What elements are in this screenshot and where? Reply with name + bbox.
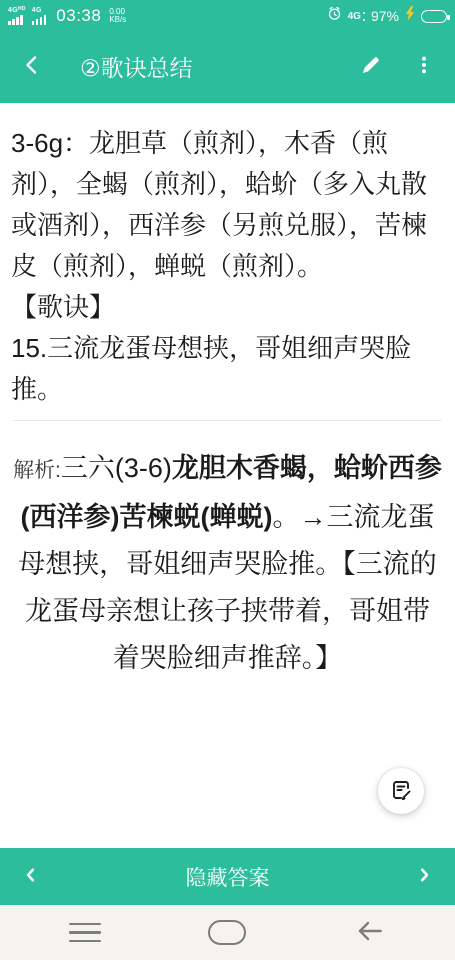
- 4g-data-icon: 4G: [348, 11, 365, 22]
- analysis-prefix: 解析:: [13, 459, 61, 482]
- section-divider: [13, 420, 442, 421]
- hide-answer-button[interactable]: 隐藏答案: [44, 862, 411, 892]
- edit-note-icon: [389, 778, 413, 805]
- charging-bolt-icon: [405, 6, 415, 26]
- home-oval-icon: [208, 920, 246, 945]
- answer-section: 解析:三六(3‐6)龙胆木香蝎，蛤蚧西参(西洋参)苦楝蜕(蝉蜕)。→三流龙蛋母想…: [0, 445, 455, 682]
- analysis-text: 解析:三六(3‐6)龙胆木香蝎，蛤蚧西参(西洋参)苦楝蜕(蝉蜕)。→三流龙蛋母想…: [12, 445, 443, 682]
- phone-screen: 4GHD 4G 03:38 0.00 KB/s 4G 97%: [0, 0, 455, 960]
- sim2-network-label: 4G: [32, 7, 42, 14]
- sim2-signal-icon: 4G: [32, 7, 47, 25]
- recents-button[interactable]: [14, 905, 156, 960]
- analysis-lead: 三六(3‐6): [61, 453, 172, 483]
- alarm-clock-icon: [327, 6, 342, 26]
- card-content: 3-6g：龙胆草（煎剂），木香（煎剂），全蝎（煎剂），蛤蚧（多入丸散或酒剂），西…: [0, 103, 455, 848]
- edit-button[interactable]: [355, 49, 387, 84]
- prev-card-button[interactable]: [18, 862, 44, 891]
- home-button[interactable]: [156, 905, 298, 960]
- pencil-edit-icon: [359, 53, 383, 80]
- battery-percent: 97%: [371, 8, 399, 24]
- overflow-menu-icon: [413, 54, 435, 79]
- status-time: 03:38: [56, 6, 101, 26]
- page-title: ②歌诀总结: [80, 50, 355, 83]
- signal-bars-icon: [32, 15, 47, 25]
- dosage-text: 3-6g：龙胆草（煎剂），木香（煎剂），全蝎（煎剂），蛤蚧（多入丸散或酒剂），西…: [11, 123, 444, 287]
- sim1-signal-icon: 4GHD: [8, 7, 26, 25]
- menu-hamburger-icon: [69, 923, 101, 943]
- network-speed: 0.00 KB/s: [109, 8, 126, 25]
- overflow-menu-button[interactable]: [409, 50, 439, 83]
- sim1-network-label: 4G: [8, 7, 18, 14]
- back-arrow-icon: [354, 915, 386, 950]
- back-button[interactable]: [16, 49, 48, 84]
- system-nav-bar: [0, 905, 455, 960]
- mnemonic-section-label: 【歌诀】: [11, 287, 444, 328]
- answer-toolbar: 隐藏答案: [0, 848, 455, 905]
- question-section: 3-6g：龙胆草（煎剂），木香（煎剂），全蝎（煎剂），蛤蚧（多入丸散或酒剂），西…: [0, 103, 455, 410]
- signal-bars-icon: [8, 15, 23, 25]
- nav-back-button[interactable]: [299, 905, 441, 960]
- back-chevron-icon: [20, 53, 44, 80]
- note-fab-button[interactable]: [378, 768, 424, 814]
- app-bar: ②歌诀总结: [0, 30, 455, 103]
- status-bar: 4GHD 4G 03:38 0.00 KB/s 4G 97%: [0, 0, 455, 30]
- mnemonic-text: 15.三流龙蛋母想挟，哥姐细声哭脸推。: [11, 328, 444, 410]
- chevron-right-icon: [415, 866, 433, 887]
- network-speed-unit: KB/s: [109, 16, 126, 25]
- chevron-left-icon: [22, 866, 40, 887]
- sim1-hd-badge: HD: [18, 6, 26, 12]
- next-card-button[interactable]: [411, 862, 437, 891]
- battery-icon: [421, 10, 447, 23]
